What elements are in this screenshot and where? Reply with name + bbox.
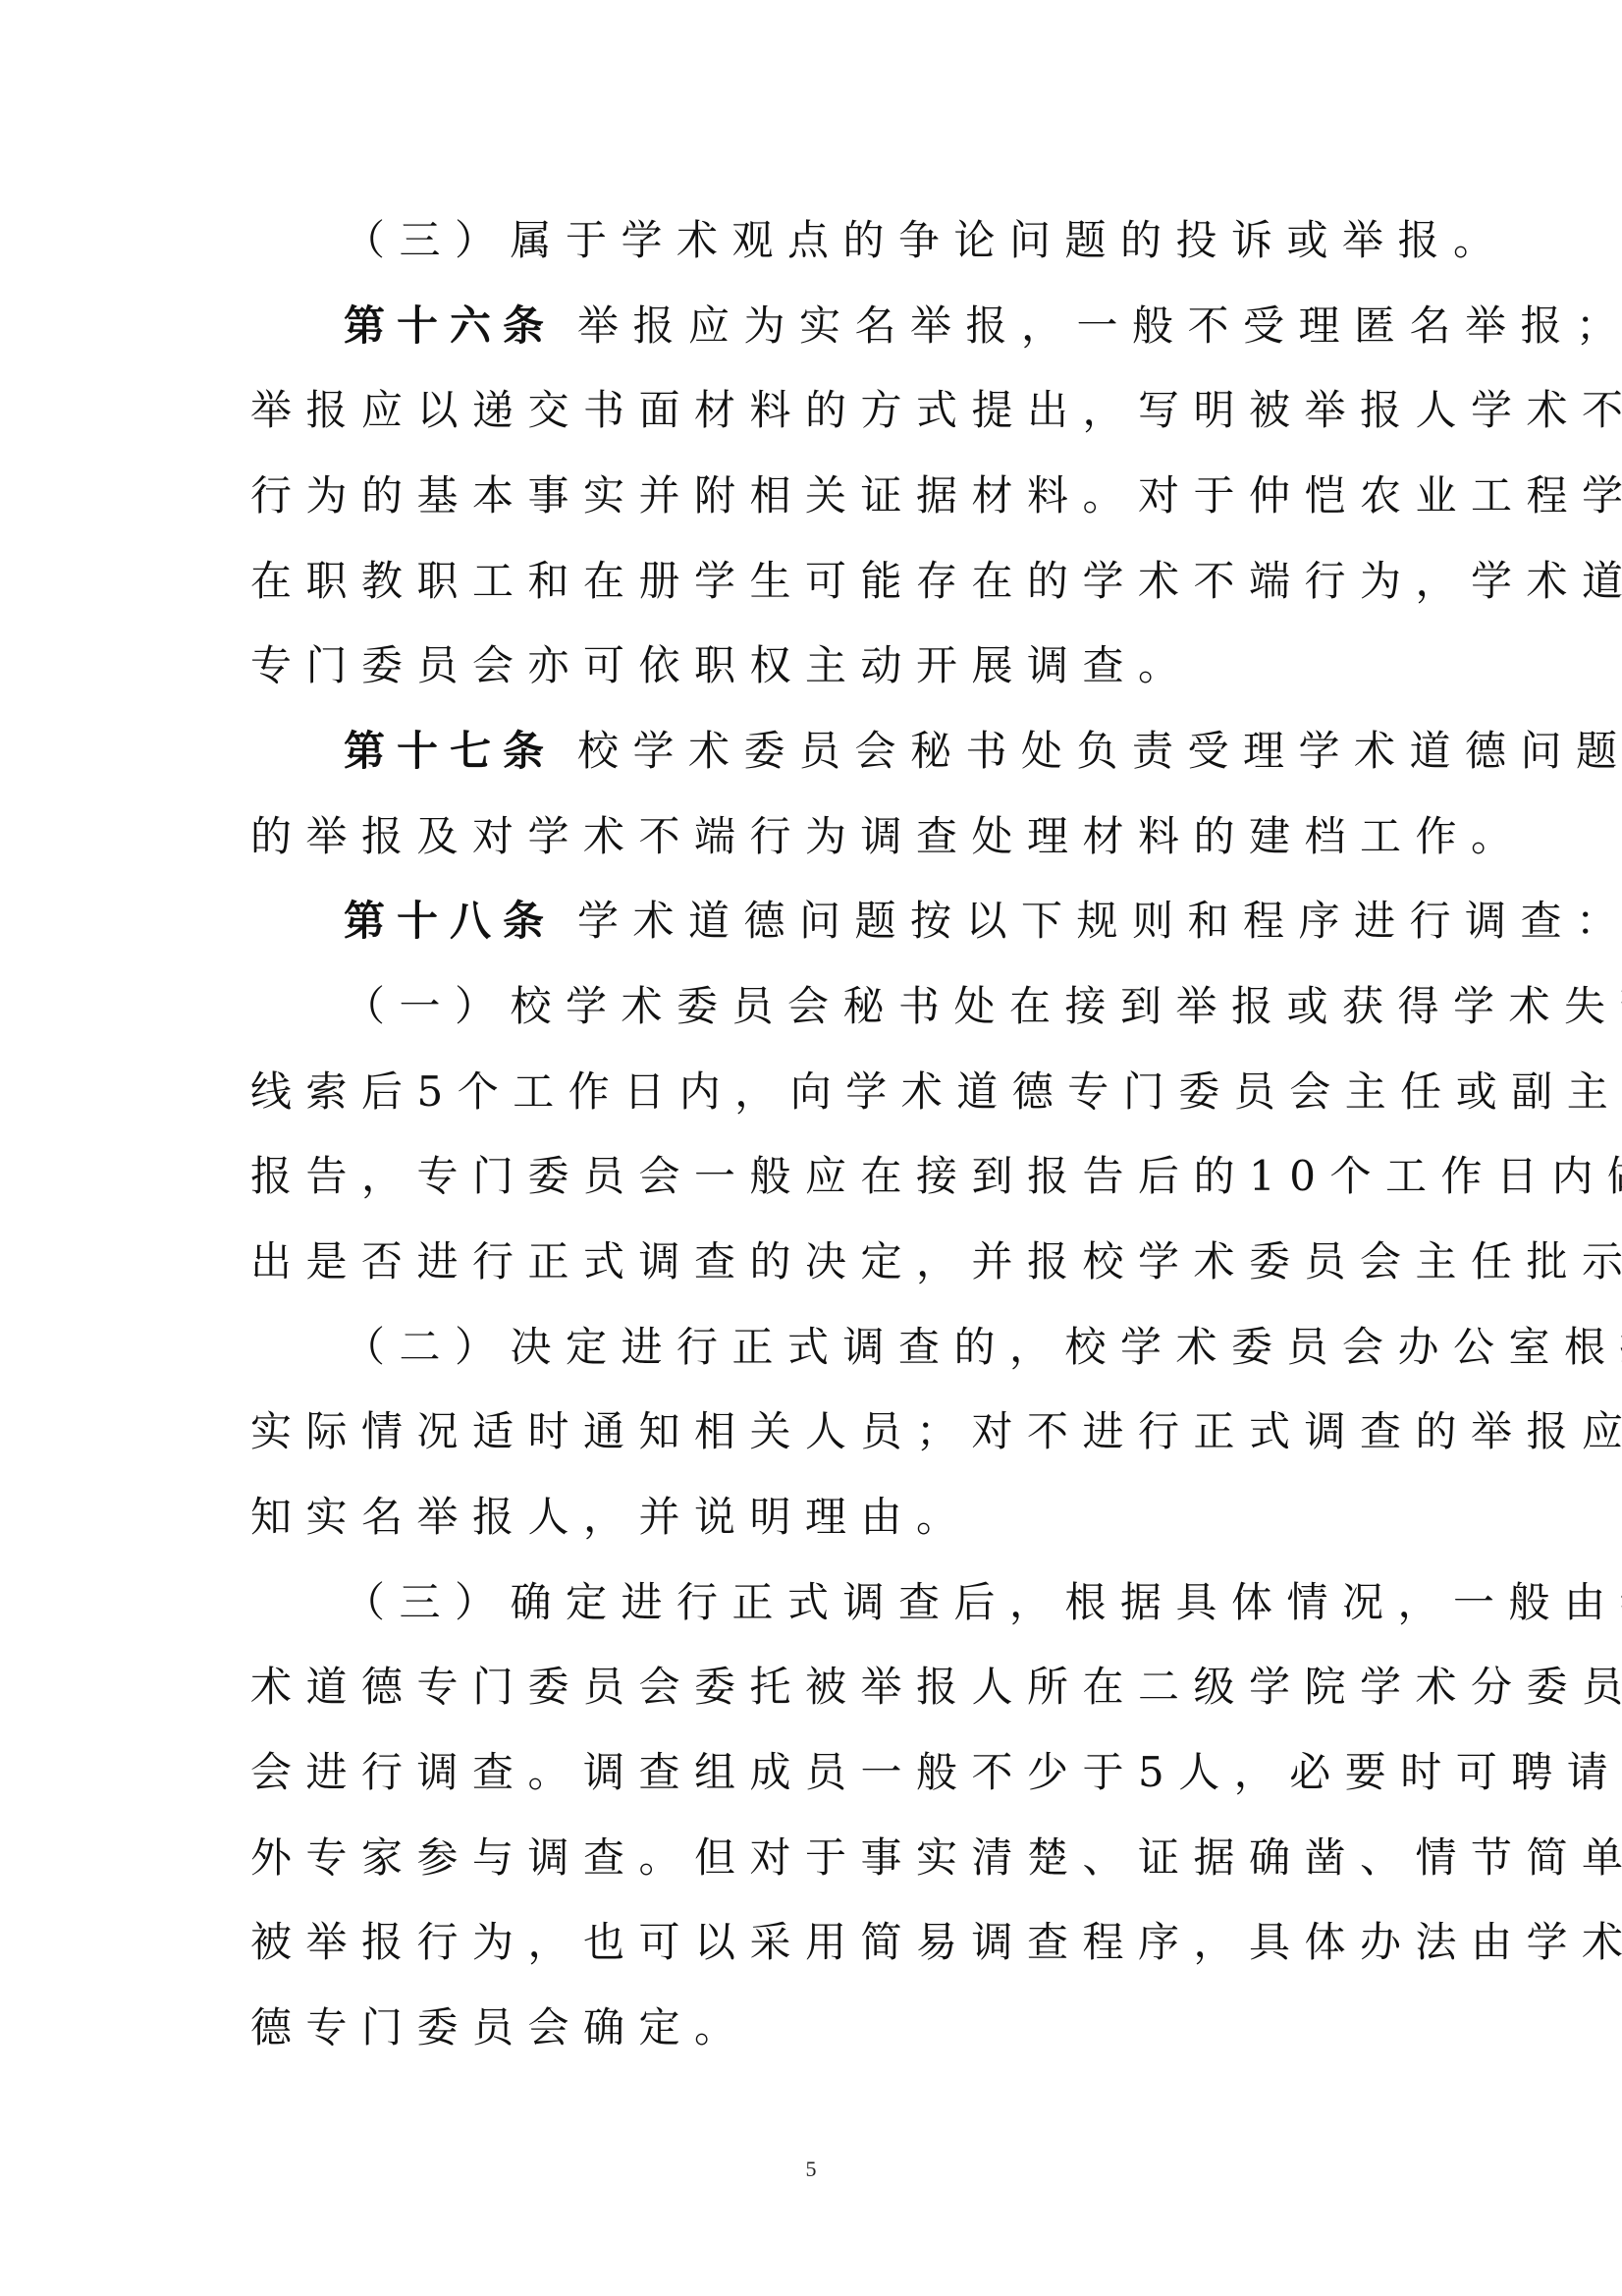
line-text: 举报应为实名举报，一般不受理匿名举报；: [577, 301, 1622, 350]
line-text: 外专家参与调查。但对于事实清楚、证据确凿、情节简单的: [250, 1833, 1622, 1882]
line-text: 校学术委员会秘书处负责受理学术道德问题: [577, 727, 1622, 775]
line-text: 术道德专门委员会委托被举报人所在二级学院学术分委员: [250, 1663, 1622, 1711]
line-text: （一）校学术委员会秘书处在接到举报或获得学术失范: [344, 982, 1622, 1030]
text-line: 会进行调查。调查组成员一般不少于5人，必要时可聘请校: [250, 1743, 1379, 1802]
line-text: 的举报及对学术不端行为调查处理材料的建档工作。: [250, 812, 1527, 860]
text-line: 知实名举报人，并说明理由。: [250, 1488, 1379, 1547]
line-text: 报告，专门委员会一般应在接到报告后的10个工作日内做: [250, 1152, 1622, 1200]
article-17-line: 第十七条校学术委员会秘书处负责受理学术道德问题: [344, 722, 1379, 781]
text-line: （二）决定进行正式调查的，校学术委员会办公室根据: [344, 1318, 1379, 1377]
text-line: （三）确定进行正式调查后，根据具体情况，一般由学: [344, 1573, 1379, 1632]
text-line: 出是否进行正式调查的决定，并报校学术委员会主任批示。: [250, 1232, 1379, 1291]
page-number: 5: [0, 2157, 1622, 2182]
line-text: 实际情况适时通知相关人员；对不进行正式调查的举报应告: [250, 1407, 1622, 1455]
text-line: 线索后5个工作日内，向学术道德专门委员会主任或副主任: [250, 1063, 1379, 1121]
article-heading: 第十六条: [344, 301, 556, 350]
line-text: 知实名举报人，并说明理由。: [250, 1493, 972, 1541]
line-text: 线索后5个工作日内，向学术道德专门委员会主任或副主任: [250, 1067, 1622, 1116]
text-line: （三）属于学术观点的争论问题的投诉或举报。: [344, 211, 1379, 270]
line-text: 学术道德问题按以下规则和程序进行调查：: [577, 897, 1622, 945]
line-text: （三）属于学术观点的争论问题的投诉或举报。: [344, 216, 1509, 264]
text-line: 外专家参与调查。但对于事实清楚、证据确凿、情节简单的: [250, 1829, 1379, 1887]
text-line: 被举报行为，也可以采用简易调查程序，具体办法由学术道: [250, 1913, 1379, 1972]
line-text: 行为的基本事实并附相关证据材料。对于仲恺农业工程学院: [250, 471, 1622, 519]
line-text: 举报应以递交书面材料的方式提出，写明被举报人学术不端: [250, 386, 1622, 434]
text-line: 专门委员会亦可依职权主动开展调查。: [250, 636, 1379, 695]
line-text: （二）决定进行正式调查的，校学术委员会办公室根据: [344, 1323, 1622, 1371]
line-text: （三）确定进行正式调查后，根据具体情况，一般由学: [344, 1578, 1622, 1626]
article-16-line: 第十六条举报应为实名举报，一般不受理匿名举报；: [344, 297, 1379, 355]
line-text: 德专门委员会确定。: [250, 2003, 750, 2051]
article-18-line: 第十八条学术道德问题按以下规则和程序进行调查：: [344, 892, 1379, 951]
line-text: 专门委员会亦可依职权主动开展调查。: [250, 641, 1194, 689]
text-line: 报告，专门委员会一般应在接到报告后的10个工作日内做: [250, 1147, 1379, 1206]
text-line: （一）校学术委员会秘书处在接到举报或获得学术失范: [344, 977, 1379, 1036]
text-line: 的举报及对学术不端行为调查处理材料的建档工作。: [250, 807, 1379, 866]
line-text: 会进行调查。调查组成员一般不少于5人，必要时可聘请校: [250, 1748, 1622, 1796]
text-line: 行为的基本事实并附相关证据材料。对于仲恺农业工程学院: [250, 466, 1379, 525]
text-line: 术道德专门委员会委托被举报人所在二级学院学术分委员: [250, 1658, 1379, 1717]
document-page: （三）属于学术观点的争论问题的投诉或举报。 第十六条举报应为实名举报，一般不受理…: [0, 0, 1622, 2296]
article-heading: 第十八条: [344, 897, 556, 945]
article-heading: 第十七条: [344, 727, 556, 775]
line-text: 在职教职工和在册学生可能存在的学术不端行为，学术道德: [250, 557, 1622, 605]
text-line: 实际情况适时通知相关人员；对不进行正式调查的举报应告: [250, 1402, 1379, 1461]
text-line: 德专门委员会确定。: [250, 1998, 1379, 2057]
text-line: 在职教职工和在册学生可能存在的学术不端行为，学术道德: [250, 552, 1379, 611]
text-line: 举报应以递交书面材料的方式提出，写明被举报人学术不端: [250, 381, 1379, 440]
line-text: 出是否进行正式调查的决定，并报校学术委员会主任批示。: [250, 1237, 1622, 1285]
line-text: 被举报行为，也可以采用简易调查程序，具体办法由学术道: [250, 1918, 1622, 1966]
